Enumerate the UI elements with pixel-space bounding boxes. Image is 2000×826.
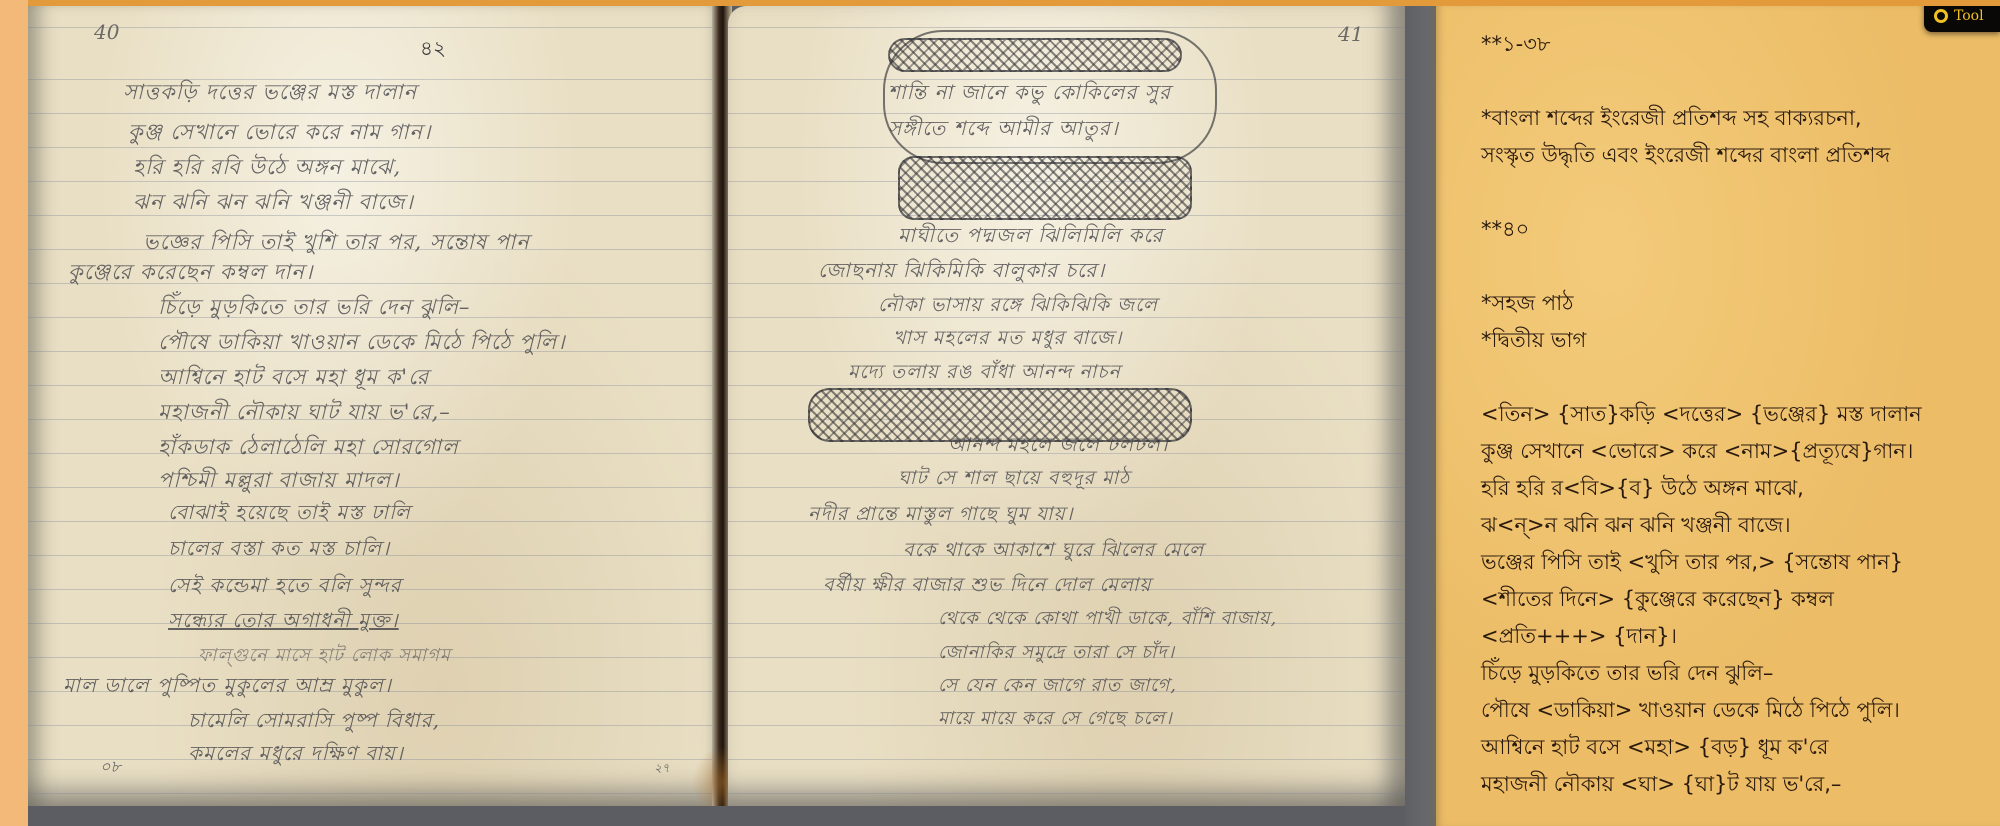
handwritten-line: থেকে থেকে কোথা পাখী ডাকে, বাঁশি বাজায়, bbox=[938, 604, 1277, 635]
handwritten-line: চিঁড়ে মুড়কিতে তার ভরি দেন ঝুলি– bbox=[158, 291, 470, 326]
handwritten-line: বোঝাই হয়েছে তাই মস্ত ঢালি bbox=[168, 498, 411, 531]
handwritten-line: হরি হরি রবি উঠে অঙ্গন মাঝে, bbox=[133, 151, 401, 186]
handwritten-line: জোনাকির সমুদ্রে তারা সে চাঁদ। bbox=[938, 638, 1175, 669]
handwritten-line: ঝন ঝনি ঝন ঝনি খঞ্জনী বাজে। bbox=[133, 186, 414, 221]
handwritten-line: চালের বস্তা কত মস্ত চালি। bbox=[168, 534, 390, 567]
page-bottom-right-mark: ২৭ bbox=[654, 760, 670, 780]
handwritten-line: নৌকা ভাসায় রঙ্গে ঝিকিঝিকি জলে bbox=[878, 291, 1158, 323]
transcript-blank bbox=[1481, 174, 2000, 211]
transcript-line: *দ্বিতীয় ভাগ bbox=[1481, 322, 2000, 359]
handwritten-line: কুঞ্জেরে করেছেন কম্বল দান। bbox=[68, 256, 313, 291]
tool-ring-icon bbox=[1934, 9, 1948, 23]
left-margin bbox=[0, 0, 28, 826]
tool-label: Tool bbox=[1954, 8, 1984, 24]
manuscript-viewer[interactable]: 40 ৪২ সাত্তকড়ি দত্তের ভঞ্জের মস্ত দালান… bbox=[28, 6, 1405, 826]
transcript-line: চিঁড়ে মুড়কিতে তার ভরি দেন ঝুলি– bbox=[1481, 655, 2000, 692]
transcript-line: **৪০ bbox=[1481, 211, 2000, 248]
handwritten-line: বকে থাকে আকাশে ঘুরে ঝিলের মেলে bbox=[903, 536, 1204, 568]
handwritten-line: সেই কন্ডেমা হতে বলি সুন্দর bbox=[168, 571, 402, 604]
handwritten-line: মাল ডালে পুষ্পিত মুকুলের আম্র মুকুল। bbox=[63, 671, 392, 704]
manuscript-spread-image[interactable]: 40 ৪২ সাত্তকড়ি দত্তের ভঞ্জের মস্ত দালান… bbox=[28, 6, 1405, 806]
handwritten-line: কমলের মধুরে দক্ষিণ বায়। bbox=[188, 739, 404, 772]
handwritten-line: মদ্যে তলায় রঙ বাঁধা আনন্দ নাচন bbox=[848, 358, 1121, 390]
handwritten-line: মাঘীতে পদ্মজল ঝিলিমিলি করে bbox=[898, 221, 1163, 254]
page-bottom-mark: ০৮ bbox=[100, 754, 121, 781]
page-number-right: 41 bbox=[1338, 22, 1363, 46]
handwritten-line: নদীর প্রান্তে মাস্তুল গাছে ঘুম যায়। bbox=[808, 500, 1074, 532]
transcription-text: **১-৩৮ *বাংলা শব্দের ইংরেজী প্রতিশব্দ সহ… bbox=[1481, 26, 2000, 803]
page-corner-mark: ৪২ bbox=[420, 34, 446, 67]
panel-divider[interactable] bbox=[1405, 6, 1436, 826]
transcript-line: **১-৩৮ bbox=[1481, 26, 2000, 63]
transcript-line: পৌষে <ডাকিয়া> খাওয়ান ডেকে মিঠে পিঠে পু… bbox=[1481, 692, 2000, 729]
handwritten-line: চামেলি সোমরাসি পুষ্প বিধার, bbox=[188, 706, 440, 739]
page-number-left: 40 bbox=[94, 20, 119, 44]
transcript-line: মহাজনী নৌকায় <ঘা> {ঘা}ট যায় ভ'রে,– bbox=[1481, 766, 2000, 803]
manuscript-page-left: 40 ৪২ সাত্তকড়ি দত্তের ভঞ্জের মস্ত দালান… bbox=[28, 6, 716, 806]
transcript-line: কুঞ্জ সেখানে <ভোরে> করে <নাম>{প্রত্যূষে}… bbox=[1481, 433, 2000, 470]
handwritten-line: সাত্তকড়ি দত্তের ভঞ্জের মস্ত দালান bbox=[123, 76, 417, 111]
viewer-bottom-area bbox=[28, 806, 1405, 826]
handwritten-line: সঙ্গীতে শব্দে আমীর আতুর। bbox=[888, 114, 1119, 147]
scribble-strikeout bbox=[888, 38, 1182, 72]
manuscript-page-right: 41 শান্তি না জানে কভু কোকিলের সুর সঙ্গীত… bbox=[728, 6, 1405, 806]
handwritten-line: আশ্বিনে হাট বসে মহা ধূম ক'রে bbox=[158, 361, 429, 396]
handwritten-line: মহাজনী নৌকায় ঘাট যায় ভ'রে,– bbox=[158, 396, 451, 431]
handwritten-line: পশ্চিমী মল্লুরা বাজায় মাদল। bbox=[158, 464, 400, 499]
handwritten-line: ফাল্গুনে মাসে হাট লোক সমাগম bbox=[198, 641, 451, 672]
handwritten-line: খাস মহলের মত মধুর বাজে। bbox=[893, 324, 1122, 356]
transcript-line: <তিন> {সাত}কড়ি <দত্তের> {ভঞ্জের} মস্ত দ… bbox=[1481, 396, 2000, 433]
tool-button[interactable]: Tool bbox=[1924, 6, 2000, 32]
transcript-line: সংস্কৃত উদ্ধৃতি এবং ইংরেজী শব্দের বাংলা … bbox=[1481, 137, 2000, 174]
transcript-blank bbox=[1481, 359, 2000, 396]
transcript-line: <প্রতি+++> {দান}। bbox=[1481, 618, 2000, 655]
transcript-line: <শীতের দিনে> {কুঞ্জেরে করেছেন} কম্বল bbox=[1481, 581, 2000, 618]
handwritten-line: শান্তি না জানে কভু কোকিলের সুর bbox=[888, 78, 1171, 111]
transcript-line: *সহজ পাঠ bbox=[1481, 285, 2000, 322]
transcript-line: ভঞ্জের পিসি তাই <খুসি তার পর,> {সন্তোষ প… bbox=[1481, 544, 2000, 581]
handwritten-line: ঘাট সে শাল ছায়ে বহুদূর মাঠ bbox=[898, 464, 1130, 496]
transcript-line: আশ্বিনে হাট বসে <মহা> {বড়} ধূম ক'রে bbox=[1481, 729, 2000, 766]
handwritten-line: আনন্দ মহলে জলে ঢলঢল। bbox=[948, 431, 1169, 463]
handwritten-line: সে যেন কেন জাগে রাত জাগে, bbox=[938, 671, 1177, 702]
handwritten-line: মায়ে মায়ে করে সে গেছে চলে। bbox=[938, 704, 1173, 735]
handwritten-line: কুঞ্জ সেখানে ভোরে করে নাম গান। bbox=[128, 116, 431, 151]
handwritten-line: জোছনায় ঝিকিমিকি বালুকার চরে। bbox=[818, 256, 1105, 289]
scribble-strikeout bbox=[898, 156, 1192, 220]
handwritten-line: হাঁকডাক ঠেলাঠেলি মহা সোরগোল bbox=[158, 431, 459, 466]
handwritten-line: বর্ষীয় ক্ষীর বাজার শুভ দিনে দোল মেলায় bbox=[823, 571, 1152, 603]
transcript-line: ঝ<ন্>ন ঝনি ঝন ঝনি খঞ্জনী বাজে। bbox=[1481, 507, 2000, 544]
transcript-blank bbox=[1481, 248, 2000, 285]
transcription-panel[interactable]: **১-৩৮ *বাংলা শব্দের ইংরেজী প্রতিশব্দ সহ… bbox=[1436, 6, 2000, 826]
handwritten-line: সন্ধ্যের তোর অগাধনী মুক্ত। bbox=[168, 606, 399, 639]
transcript-blank bbox=[1481, 63, 2000, 100]
transcript-line: *বাংলা শব্দের ইংরেজী প্রতিশব্দ সহ বাক্যর… bbox=[1481, 100, 2000, 137]
handwritten-line: পৌষে ডাকিয়া খাওয়ান ডেকে মিঠে পিঠে পুলি… bbox=[158, 326, 566, 361]
transcript-line: হরি হরি র<বি>{ব} উঠে অঙ্গন মাঝে, bbox=[1481, 470, 2000, 507]
